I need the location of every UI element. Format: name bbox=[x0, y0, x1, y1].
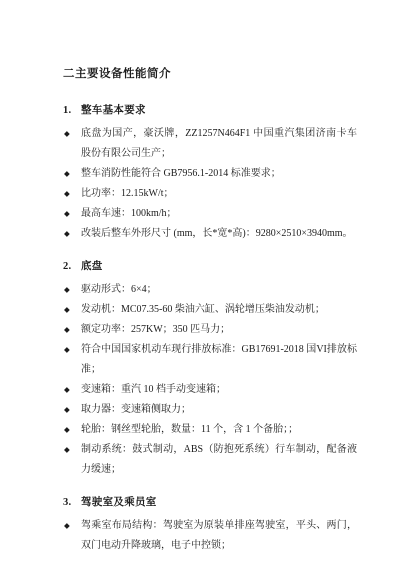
bullet-diamond-icon: ◆ bbox=[64, 320, 70, 340]
section-number: 2. bbox=[63, 257, 71, 277]
list-item-text: 驱动形式：6×4； bbox=[81, 284, 157, 295]
list-item-text: 变速箱：重汽 10 档手动变速箱； bbox=[81, 384, 226, 395]
section-heading-text: 底盘 bbox=[81, 261, 103, 272]
list-item: ◆ 制动系统：鼓式制动，ABS（防抱死系统）行车制动，配备液力缓速； bbox=[63, 440, 357, 480]
section: 2. 底盘 ◆ 驱动形式：6×4； ◆ 发动机：MC07.35-60 柴油六缸、… bbox=[63, 257, 357, 480]
bullet-diamond-icon: ◆ bbox=[64, 400, 70, 420]
section-heading-text: 整车基本要求 bbox=[81, 105, 146, 116]
section-number: 3. bbox=[63, 493, 71, 513]
list-item-text: 轮胎：钢丝型轮胎，数量：11 个，含 1 个备胎；； bbox=[81, 424, 298, 435]
document-page: 二主要设备性能简介 1. 整车基本要求 ◆ 底盘为国产，豪沃牌，ZZ1257N4… bbox=[0, 0, 414, 585]
list-item: ◆ 驾乘室布局结构：驾驶室为原装单排座驾驶室，平头、两门，双门电动升降玻璃，电子… bbox=[63, 516, 357, 556]
bullet-diamond-icon: ◆ bbox=[64, 204, 70, 224]
bullet-diamond-icon: ◆ bbox=[64, 300, 70, 320]
document-content: 二主要设备性能简介 1. 整车基本要求 ◆ 底盘为国产，豪沃牌，ZZ1257N4… bbox=[63, 64, 357, 556]
section-number: 1. bbox=[63, 101, 71, 121]
bullet-list: ◆ 驱动形式：6×4； ◆ 发动机：MC07.35-60 柴油六缸、涡轮增压柴油… bbox=[63, 280, 357, 480]
bullet-diamond-icon: ◆ bbox=[64, 184, 70, 204]
bullet-diamond-icon: ◆ bbox=[64, 340, 70, 360]
list-item-text: 底盘为国产，豪沃牌，ZZ1257N464F1 中国重汽集团济南卡车股份有限公司生… bbox=[81, 128, 357, 159]
list-item-text: 制动系统：鼓式制动，ABS（防抱死系统）行车制动，配备液力缓速； bbox=[81, 444, 357, 475]
list-item-text: 驾乘室布局结构：驾驶室为原装单排座驾驶室，平头、两门，双门电动升降玻璃，电子中控… bbox=[81, 520, 357, 551]
bullet-diamond-icon: ◆ bbox=[64, 224, 70, 244]
list-item-text: 取力器：变速箱侧取力； bbox=[81, 404, 191, 415]
list-item: ◆ 变速箱：重汽 10 档手动变速箱； bbox=[63, 380, 357, 400]
list-item: ◆ 额定功率：257KW；350 匹马力； bbox=[63, 320, 357, 340]
list-item: ◆ 改装后整车外形尺寸 (mm，长*宽*高)：9280×2510×3940mm。 bbox=[63, 224, 357, 244]
list-item-text: 整车消防性能符合 GB7956.1-2014 标准要求； bbox=[81, 168, 281, 179]
section-heading: 3. 驾驶室及乘员室 bbox=[63, 493, 357, 513]
list-item: ◆ 符合中国国家机动车现行排放标准：GB17691-2018 国VI排放标准； bbox=[63, 340, 357, 380]
bullet-diamond-icon: ◆ bbox=[64, 420, 70, 440]
list-item-text: 额定功率：257KW；350 匹马力； bbox=[81, 324, 230, 335]
bullet-list: ◆ 驾乘室布局结构：驾驶室为原装单排座驾驶室，平头、两门，双门电动升降玻璃，电子… bbox=[63, 516, 357, 556]
list-item: ◆ 最高车速：100km/h； bbox=[63, 204, 357, 224]
bullet-diamond-icon: ◆ bbox=[64, 124, 70, 144]
list-item: ◆ 底盘为国产，豪沃牌，ZZ1257N464F1 中国重汽集团济南卡车股份有限公… bbox=[63, 124, 357, 164]
bullet-diamond-icon: ◆ bbox=[64, 440, 70, 460]
bullet-diamond-icon: ◆ bbox=[64, 380, 70, 400]
document-title: 二主要设备性能简介 bbox=[63, 64, 357, 84]
bullet-diamond-icon: ◆ bbox=[64, 516, 70, 536]
list-item-text: 发动机：MC07.35-60 柴油六缸、涡轮增压柴油发动机； bbox=[81, 304, 325, 315]
list-item: ◆ 整车消防性能符合 GB7956.1-2014 标准要求； bbox=[63, 164, 357, 184]
section-heading: 1. 整车基本要求 bbox=[63, 101, 357, 121]
bullet-diamond-icon: ◆ bbox=[64, 164, 70, 184]
section-heading: 2. 底盘 bbox=[63, 257, 357, 277]
section-heading-text: 驾驶室及乘员室 bbox=[81, 497, 157, 508]
list-item-text: 符合中国国家机动车现行排放标准：GB17691-2018 国VI排放标准； bbox=[81, 344, 357, 375]
list-item-text: 改装后整车外形尺寸 (mm，长*宽*高)：9280×2510×3940mm。 bbox=[81, 228, 353, 239]
list-item: ◆ 轮胎：钢丝型轮胎，数量：11 个，含 1 个备胎；； bbox=[63, 420, 357, 440]
list-item: ◆ 发动机：MC07.35-60 柴油六缸、涡轮增压柴油发动机； bbox=[63, 300, 357, 320]
section: 1. 整车基本要求 ◆ 底盘为国产，豪沃牌，ZZ1257N464F1 中国重汽集… bbox=[63, 101, 357, 244]
bullet-list: ◆ 底盘为国产，豪沃牌，ZZ1257N464F1 中国重汽集团济南卡车股份有限公… bbox=[63, 124, 357, 244]
list-item: ◆ 驱动形式：6×4； bbox=[63, 280, 357, 300]
list-item-text: 最高车速：100km/h； bbox=[81, 208, 177, 219]
sections-container: 1. 整车基本要求 ◆ 底盘为国产，豪沃牌，ZZ1257N464F1 中国重汽集… bbox=[63, 101, 357, 556]
bullet-diamond-icon: ◆ bbox=[64, 280, 70, 300]
section: 3. 驾驶室及乘员室 ◆ 驾乘室布局结构：驾驶室为原装单排座驾驶室，平头、两门，… bbox=[63, 493, 357, 556]
list-item-text: 比功率：12.15kW/t； bbox=[81, 188, 174, 199]
list-item: ◆ 比功率：12.15kW/t； bbox=[63, 184, 357, 204]
list-item: ◆ 取力器：变速箱侧取力； bbox=[63, 400, 357, 420]
